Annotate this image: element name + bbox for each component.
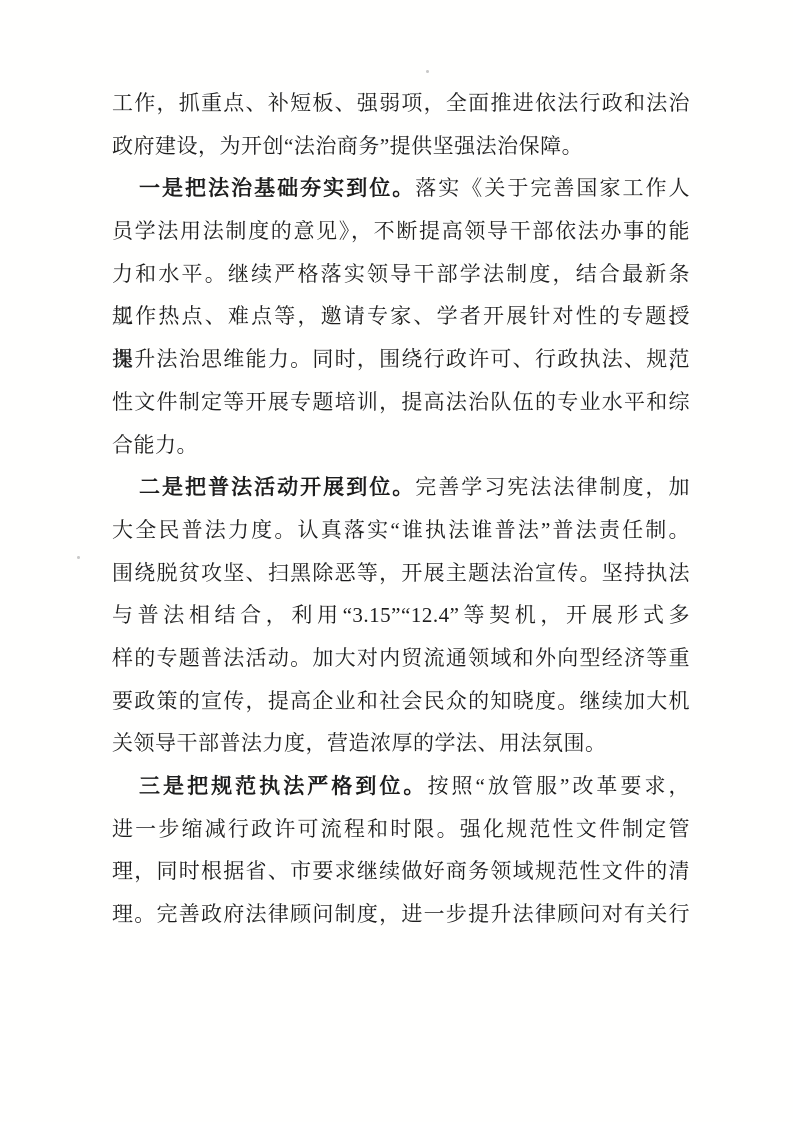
text-segment: 样的专题普法活动。加大对内贸流通领域和外向型经济等重 <box>112 646 690 670</box>
text-segment: 完善学习宪法法律制度，加 <box>415 475 690 499</box>
text-line: 工作热点、难点等，邀请专家、学者开展针对性的专题授课， <box>112 295 690 338</box>
text-line: 围绕脱贫攻坚、扫黑除恶等，开展主题法治宣传。坚持执法 <box>112 552 690 595</box>
text-segment: 围绕脱贫攻坚、扫黑除恶等，开展主题法治宣传。坚持执法 <box>112 561 690 585</box>
text-line: 大全民普法力度。认真落实“谁执法谁普法”普法责任制。 <box>112 509 690 552</box>
text-line: 进一步缩减行政许可流程和时限。强化规范性文件制定管 <box>112 808 690 851</box>
text-block: 工作，抓重点、补短板、强弱项，全面推进依法行政和法治政府建设，为开创“法治商务”… <box>112 82 690 936</box>
text-line: 关领导干部普法力度，营造浓厚的学法、用法氛围。 <box>112 722 690 765</box>
text-segment: 按照“放管服”改革要求， <box>427 774 690 798</box>
text-segment: 要政策的宣传，提高企业和社会民众的知晓度。继续加大机 <box>112 689 690 713</box>
paragraph-three-standard-enforcement: 三是把规范执法严格到位。按照“放管服”改革要求，进一步缩减行政许可流程和时限。强… <box>112 765 690 936</box>
text-line: 合能力。 <box>112 424 690 467</box>
paragraph-lead-bold: 三是把规范执法严格到位。 <box>139 774 427 798</box>
text-line: 力和水平。继续严格落实领导干部学法制度，结合最新条规、 <box>112 253 690 296</box>
text-line: 政府建设，为开创“法治商务”提供坚强法治保障。 <box>112 125 690 168</box>
text-line: 理，同时根据省、市要求继续做好商务领域规范性文件的清 <box>112 850 690 893</box>
document-page: 工作，抓重点、补短板、强弱项，全面推进依法行政和法治政府建设，为开创“法治商务”… <box>0 0 793 1122</box>
text-segment: 落实《关于完善国家工作人 <box>415 176 690 200</box>
text-line: 二是把普法活动开展到位。完善学习宪法法律制度，加 <box>112 466 690 509</box>
text-line: 员学法用法制度的意见》，不断提高领导干部依法办事的能 <box>112 210 690 253</box>
text-segment: 关领导干部普法力度，营造浓厚的学法、用法氛围。 <box>112 731 607 755</box>
paragraph-continuation: 工作，抓重点、补短板、强弱项，全面推进依法行政和法治政府建设，为开创“法治商务”… <box>112 82 690 167</box>
text-line: 与普法相结合，利用“3.15”“12.4”等契机，开展形式多 <box>112 594 690 637</box>
text-line: 提升法治思维能力。同时，围绕行政许可、行政执法、规范 <box>112 338 690 381</box>
text-segment: 理，同时根据省、市要求继续做好商务领域规范性文件的清 <box>112 859 690 883</box>
text-segment: 提升法治思维能力。同时，围绕行政许可、行政执法、规范 <box>112 347 690 371</box>
paragraph-one-legal-foundation: 一是把法治基础夯实到位。落实《关于完善国家工作人员学法用法制度的意见》，不断提高… <box>112 167 690 466</box>
text-line: 一是把法治基础夯实到位。落实《关于完善国家工作人 <box>112 167 690 210</box>
text-line: 性文件制定等开展专题培训，提高法治队伍的专业水平和综 <box>112 381 690 424</box>
text-segment: 进一步缩减行政许可流程和时限。强化规范性文件制定管 <box>112 817 690 841</box>
text-segment: 工作，抓重点、补短板、强弱项，全面推进依法行政和法治 <box>112 91 690 115</box>
text-segment: 合能力。 <box>112 433 198 457</box>
paragraph-lead-bold: 一是把法治基础夯实到位。 <box>139 176 415 200</box>
text-line: 三是把规范执法严格到位。按照“放管服”改革要求， <box>112 765 690 808</box>
text-line: 样的专题普法活动。加大对内贸流通领域和外向型经济等重 <box>112 637 690 680</box>
scanned-document-screenshot: { "page": { "width": 793, "height": 1122… <box>0 0 793 1122</box>
paragraph-lead-bold: 二是把普法活动开展到位。 <box>139 475 415 499</box>
text-segment: 理。完善政府法律顾问制度，进一步提升法律顾问对有关行 <box>112 902 690 926</box>
text-segment: 性文件制定等开展专题培训，提高法治队伍的专业水平和综 <box>112 390 690 414</box>
text-segment: 与普法相结合，利用“3.15”“12.4”等契机，开展形式多 <box>112 603 690 627</box>
text-segment: 员学法用法制度的意见》，不断提高领导干部依法办事的能 <box>112 219 690 243</box>
paragraph-two-law-popularization: 二是把普法活动开展到位。完善学习宪法法律制度，加大全民普法力度。认真落实“谁执法… <box>112 466 690 765</box>
text-line: 工作，抓重点、补短板、强弱项，全面推进依法行政和法治 <box>112 82 690 125</box>
text-line: 理。完善政府法律顾问制度，进一步提升法律顾问对有关行 <box>112 893 690 936</box>
text-segment: 大全民普法力度。认真落实“谁执法谁普法”普法责任制。 <box>112 518 690 542</box>
text-segment: 政府建设，为开创“法治商务”提供坚强法治保障。 <box>112 134 583 158</box>
text-line: 要政策的宣传，提高企业和社会民众的知晓度。继续加大机 <box>112 680 690 723</box>
scan-speck-left <box>77 556 80 559</box>
scan-speck-top <box>426 70 429 73</box>
